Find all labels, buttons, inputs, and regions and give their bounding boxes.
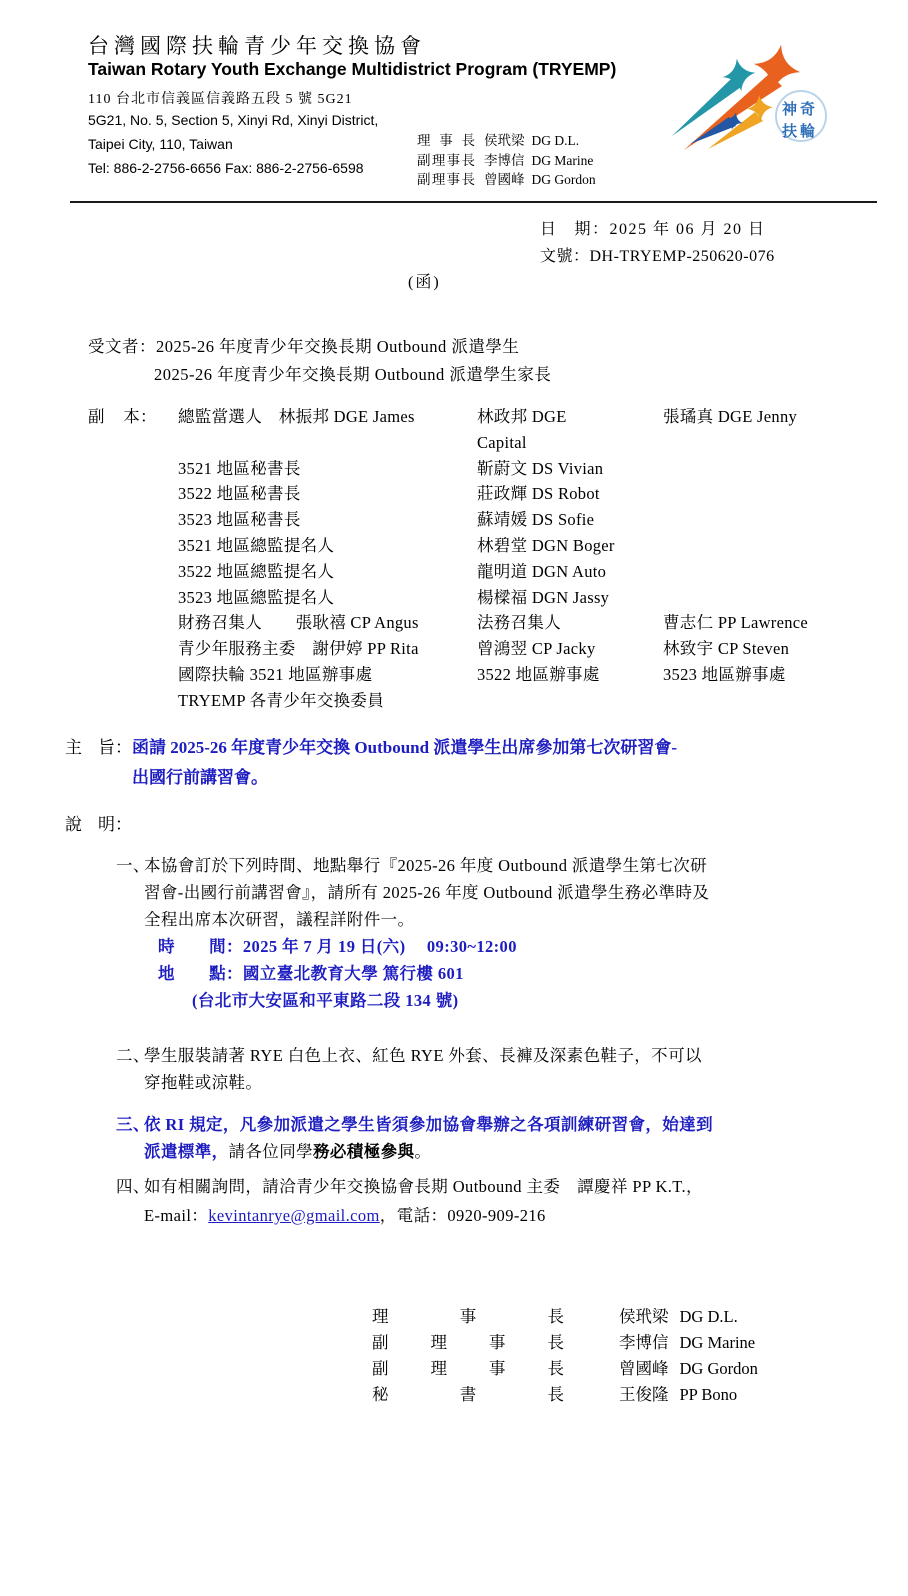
cc-cell: 財務召集人 張耿禧 CP Angus: [178, 610, 477, 636]
place-value: ：國立臺北教育大學 篤行樓 601: [226, 964, 464, 983]
cc-cell: 國際扶輪 3521 地區辦事處: [178, 662, 477, 688]
signature-code: DG D.L.: [680, 1307, 738, 1326]
rotary-shooting-stars-logo: 神奇 扶輪: [670, 36, 848, 158]
cc-cell: [663, 481, 808, 507]
item-2-line-1: 學生服裝請著 RYE 白色上衣、紅色 RYE 外套、長褲及深素色鞋子，不可以: [144, 1042, 702, 1069]
cc-cell: 林致宇 CP Steven: [663, 636, 808, 662]
date-value: ：2025 年 06 月 20 日: [592, 221, 766, 238]
item-1-place-paren: (台北市大安區和平東路二段 134 號): [192, 987, 709, 1014]
officer-title: 副理事長: [417, 170, 475, 190]
explanation-label-text: 說明: [65, 810, 115, 835]
cc-cell: [663, 430, 808, 456]
cc-row: 總監當選人 林振邦 DGE James林政邦 DGE張璚真 DGE Jenny: [178, 404, 808, 430]
item-3-marker: 三、: [116, 1111, 150, 1138]
officer-title: 理事長: [417, 131, 475, 151]
cc-cell: [663, 456, 808, 482]
header-divider: [70, 201, 877, 203]
item-3-line-2-bold: 務必積極參與: [313, 1142, 414, 1161]
explanation-label-colon: ：: [115, 815, 132, 834]
item-3-line-2: 派遣標準，請各位同學務必積極參與。: [144, 1138, 713, 1165]
cc-cell: 曹志仁 PP Lawrence: [663, 610, 808, 636]
officer-code: DG D.L.: [532, 133, 580, 148]
cc-row: 青少年服務主委 謝伊婷 PP Rita曾鴻翌 CP Jacky林致宇 CP St…: [178, 636, 808, 662]
tel-fax-line: Tel: 886-2-2756-6656 Fax: 886-2-2756-659…: [88, 160, 364, 176]
officer-name: 李博信: [484, 153, 525, 168]
address-chinese: 110 台北市信義區信義路五段 5 號 5G21: [88, 88, 353, 108]
subject-text-1: 函請 2025-26 年度青少年交換 Outbound 派遣學生出席參加第七次研…: [132, 738, 677, 757]
cc-cell: 3523 地區辦事處: [663, 662, 808, 688]
cc-cell: [663, 533, 808, 559]
email-link[interactable]: kevintanrye@gmail.com: [208, 1206, 380, 1225]
item-2: 二、 學生服裝請著 RYE 白色上衣、紅色 RYE 外套、長褲及深素色鞋子，不可…: [116, 1042, 702, 1096]
cc-cell: [663, 507, 808, 533]
cc-cell: [663, 559, 808, 585]
cc-row: 3522 地區秘書長莊政輝 DS Robot: [178, 481, 808, 507]
officer-title: 副理事長: [417, 151, 475, 171]
cc-table: 總監當選人 林振邦 DGE James林政邦 DGE張璚真 DGE Jenny …: [178, 404, 808, 714]
item-1-time-line: 時間：2025 年 7 月 19 日(六) 09:30~12:00: [158, 933, 709, 960]
cc-row: 3521 地區總監提名人林碧堂 DGN Boger: [178, 533, 808, 559]
cc-cell: [477, 688, 663, 714]
cc-cell: 楊樑福 DGN Jassy: [477, 585, 663, 611]
cc-row: Capital: [178, 430, 808, 456]
letter-page: 台灣國際扶輪青少年交換協會 Taiwan Rotary Youth Exchan…: [0, 0, 908, 1596]
header-officer-row: 副理事長李博信DG Marine: [417, 151, 596, 171]
item-3-line-2-end: 。: [414, 1142, 431, 1161]
item-1: 一、 本協會訂於下列時間、地點舉行『2025-26 年度 Outbound 派遣…: [116, 852, 709, 1014]
cc-block: 副本： 總監當選人 林振邦 DGE James林政邦 DGE張璚真 DGE Je…: [88, 404, 808, 714]
subject-label: 主旨：: [65, 738, 132, 757]
cc-cell: 3522 地區秘書長: [178, 481, 477, 507]
cc-row: 3523 地區秘書長蘇靖媛 DS Sofie: [178, 507, 808, 533]
date-line: 日期：2025 年 06 月 20 日: [540, 216, 766, 239]
cc-cell: 莊政輝 DS Robot: [477, 481, 663, 507]
phone-text: ，電話：0920-909-216: [380, 1206, 546, 1225]
officer-code: DG Marine: [532, 153, 594, 168]
recipient-block: 受文者：2025-26 年度青少年交換長期 Outbound 派遣學生 2025…: [88, 333, 551, 389]
cc-cell: 林碧堂 DGN Boger: [477, 533, 663, 559]
cc-cell: 3522 地區辦事處: [477, 662, 663, 688]
cc-cell: [663, 688, 808, 714]
item-2-marker: 二、: [116, 1042, 150, 1069]
signature-name: 王俊隆: [619, 1385, 669, 1404]
item-4-line-1: 如有相關詢問，請洽青少年交換協會長期 Outbound 主委 譚慶祥 PP K.…: [144, 1172, 703, 1201]
cc-row: 3521 地區秘書長靳蔚文 DS Vivian: [178, 456, 808, 482]
item-3-line-1: 依 RI 規定，凡參加派遣之學生皆須參加協會舉辦之各項訓練研習會，始達到: [144, 1111, 713, 1138]
subject-block: 主旨：函請 2025-26 年度青少年交換 Outbound 派遣學生出席參加第…: [65, 733, 677, 793]
signature-code: DG Gordon: [680, 1359, 758, 1378]
cc-cell: 青少年服務主委 謝伊婷 PP Rita: [178, 636, 477, 662]
doc-type: (函): [408, 269, 441, 292]
item-1-marker: 一、: [116, 852, 150, 879]
cc-cell: 法務召集人: [477, 610, 663, 636]
header-officers: 理事長侯玳梁DG D.L. 副理事長李博信DG Marine 副理事長曾國峰DG…: [417, 131, 596, 190]
cc-cell: [178, 430, 477, 456]
subject-label-colon: ：: [115, 738, 132, 757]
item-2-body: 學生服裝請著 RYE 白色上衣、紅色 RYE 外套、長褲及深素色鞋子，不可以 穿…: [144, 1042, 702, 1096]
cc-cell: 3521 地區總監提名人: [178, 533, 477, 559]
org-name-english: Taiwan Rotary Youth Exchange Multidistri…: [88, 59, 616, 80]
item-4-body: 如有相關詢問，請洽青少年交換協會長期 Outbound 主委 譚慶祥 PP K.…: [144, 1172, 703, 1230]
cc-cell: 總監當選人 林振邦 DGE James: [178, 404, 477, 430]
signature-title: 副理事長: [372, 1356, 564, 1382]
cc-cell: 3523 地區秘書長: [178, 507, 477, 533]
cc-row: 財務召集人 張耿禧 CP Angus法務召集人曹志仁 PP Lawrence: [178, 610, 808, 636]
recipient-label: 受文者：: [88, 337, 156, 356]
item-2-line-2: 穿拖鞋或涼鞋。: [144, 1069, 702, 1096]
signature-name: 李博信: [619, 1333, 669, 1352]
item-4: 四、 如有相關詢問，請洽青少年交換協會長期 Outbound 主委 譚慶祥 PP…: [116, 1172, 703, 1230]
officer-name: 侯玳梁: [484, 133, 525, 148]
signature-name: 侯玳梁: [619, 1307, 669, 1326]
signature-row: 副理事長李博信DG Marine: [372, 1330, 758, 1356]
recipient-line-1: 受文者：2025-26 年度青少年交換長期 Outbound 派遣學生: [88, 333, 551, 361]
logo-text-line1: 神奇: [782, 100, 818, 118]
logo-text-line2: 扶輪: [781, 122, 818, 140]
header-officer-row: 副理事長曾國峰DG Gordon: [417, 170, 596, 190]
email-label: E-mail：: [144, 1206, 208, 1225]
signature-row: 秘書長王俊隆PP Bono: [372, 1382, 758, 1408]
officer-code: DG Gordon: [532, 172, 596, 187]
signature-code: DG Marine: [680, 1333, 756, 1352]
signature-row: 副理事長曾國峰DG Gordon: [372, 1356, 758, 1382]
item-1-line-3: 全程出席本次研習，議程詳附件一。: [144, 906, 709, 933]
explanation-label: 說明：: [65, 810, 132, 835]
item-3-line-2-blue: 派遣標準，: [144, 1142, 229, 1161]
cc-cell: TRYEMP 各青少年交換委員: [178, 688, 477, 714]
cc-label-text: 副本: [88, 404, 140, 430]
signature-block: 理事長侯玳梁DG D.L. 副理事長李博信DG Marine 副理事長曾國峰DG…: [372, 1304, 758, 1408]
cc-label-colon: ：: [140, 407, 157, 426]
item-1-line-1: 本協會訂於下列時間、地點舉行『2025-26 年度 Outbound 派遣學生第…: [144, 852, 709, 879]
subject-line-1: 主旨：函請 2025-26 年度青少年交換 Outbound 派遣學生出席參加第…: [65, 733, 677, 763]
signature-title: 理事長: [372, 1304, 564, 1330]
signature-row: 理事長侯玳梁DG D.L.: [372, 1304, 758, 1330]
item-4-line-2: E-mail：kevintanrye@gmail.com，電話：0920-909…: [144, 1201, 703, 1230]
cc-row: 3522 地區總監提名人龍明道 DGN Auto: [178, 559, 808, 585]
cc-cell: 靳蔚文 DS Vivian: [477, 456, 663, 482]
cc-row: 3523 地區總監提名人楊樑福 DGN Jassy: [178, 585, 808, 611]
date-label: 日期: [540, 216, 592, 239]
item-4-marker: 四、: [116, 1172, 150, 1201]
cc-label: 副本：: [88, 404, 157, 430]
cc-cell: 3523 地區總監提名人: [178, 585, 477, 611]
recipient-line-2: 2025-26 年度青少年交換長期 Outbound 派遣學生家長: [154, 361, 551, 389]
subject-text-2: 出國行前講習會。: [132, 763, 677, 793]
time-value: ：2025 年 7 月 19 日(六) 09:30~12:00: [226, 937, 517, 956]
cc-cell: 3521 地區秘書長: [178, 456, 477, 482]
cc-cell: 林政邦 DGE: [477, 404, 663, 430]
item-1-body: 本協會訂於下列時間、地點舉行『2025-26 年度 Outbound 派遣學生第…: [144, 852, 709, 1014]
signature-name: 曾國峰: [619, 1359, 669, 1378]
cc-cell: 曾鴻翌 CP Jacky: [477, 636, 663, 662]
officer-name: 曾國峰: [484, 172, 525, 187]
cc-cell: 3522 地區總監提名人: [178, 559, 477, 585]
signature-title: 秘書長: [372, 1382, 564, 1408]
item-1-place-line: 地點：國立臺北教育大學 篤行樓 601: [158, 960, 709, 987]
cc-cell: 蘇靖媛 DS Sofie: [477, 507, 663, 533]
cc-cell: Capital: [477, 430, 663, 456]
cc-cell: 張璚真 DGE Jenny: [663, 404, 808, 430]
recipient-value-1: 2025-26 年度青少年交換長期 Outbound 派遣學生: [156, 337, 519, 356]
cc-row: 國際扶輪 3521 地區辦事處3522 地區辦事處3523 地區辦事處: [178, 662, 808, 688]
time-label: 時間: [158, 933, 226, 960]
signature-title: 副理事長: [372, 1330, 564, 1356]
address-english-1: 5G21, No. 5, Section 5, Xinyi Rd, Xinyi …: [88, 112, 378, 128]
subject-label-text: 主旨: [65, 733, 115, 763]
item-1-line-2: 習會-出國行前講習會』，請所有 2025-26 年度 Outbound 派遣學生…: [144, 879, 709, 906]
address-english-2: Taipei City, 110, Taiwan: [88, 136, 233, 152]
header-officer-row: 理事長侯玳梁DG D.L.: [417, 131, 596, 151]
org-name-chinese: 台灣國際扶輪青少年交換協會: [88, 30, 426, 60]
item-3: 三、 依 RI 規定，凡參加派遣之學生皆須參加協會舉辦之各項訓練研習會，始達到 …: [116, 1111, 713, 1165]
item-3-body: 依 RI 規定，凡參加派遣之學生皆須參加協會舉辦之各項訓練研習會，始達到 派遣標…: [144, 1111, 713, 1165]
signature-code: PP Bono: [680, 1385, 738, 1404]
doc-number-line: 文號：DH-TRYEMP-250620-076: [540, 243, 775, 266]
place-label: 地點: [158, 960, 226, 987]
cc-row: TRYEMP 各青少年交換委員: [178, 688, 808, 714]
item-3-line-2-plain: 請各位同學: [229, 1142, 314, 1161]
cc-cell: 龍明道 DGN Auto: [477, 559, 663, 585]
cc-cell: [663, 585, 808, 611]
